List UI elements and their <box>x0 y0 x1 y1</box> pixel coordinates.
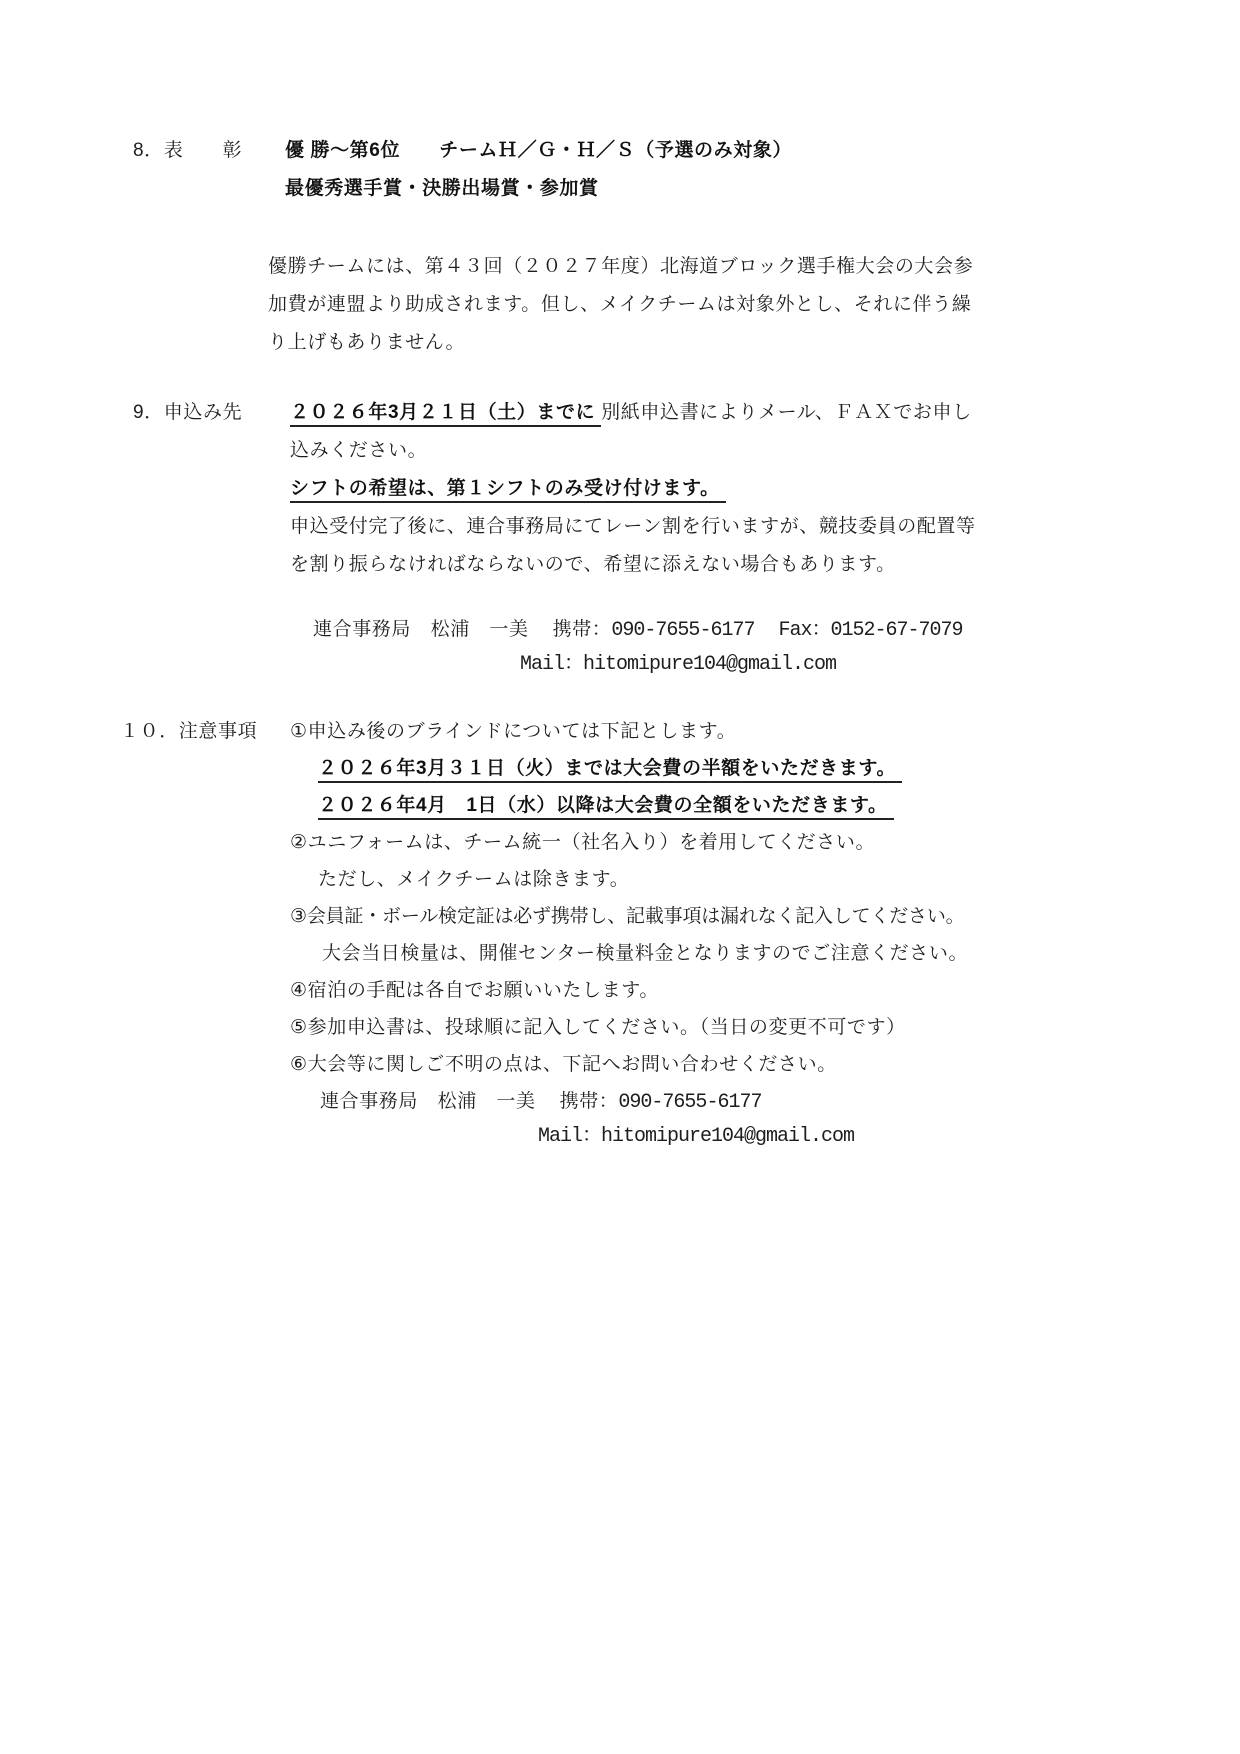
section9-contact-line: 連合事務局 松浦 一美携帯：090-7655-6177Fax：0152-67-7… <box>313 616 963 644</box>
section9-phone-label: 携帯： <box>553 619 612 640</box>
section9-mail-line: Mail：hitomipure104@gmail.com <box>520 650 836 678</box>
section10-item3-sub: 大会当日検量は、開催センター検量料金となりますのでご注意ください。 <box>322 940 968 967</box>
section10-mail-label: Mail： <box>538 1125 601 1148</box>
section10-phone-label: 携帯： <box>560 1091 619 1112</box>
section8-paragraph-line2: 加費が連盟より助成されます。但し、メイクチームは対象外とし、それに伴う繰 <box>268 291 971 318</box>
section10-item1: ①申込み後のブラインドについては下記とします。 <box>290 718 736 745</box>
section10-mail-line: Mail：hitomipure104@gmail.com <box>538 1122 854 1150</box>
section9-line2: 込みください。 <box>290 437 427 464</box>
section10-date-rule2: ２０２６年4月 1日（水）以降は大会費の全額をいただきます。 <box>318 792 894 819</box>
section10-contact-line: 連合事務局 松浦 一美携帯：090-7655-6177 <box>320 1088 761 1116</box>
section10-date-rule1-text: ２０２６年3月３１日（火）までは大会費の半額をいただきます。 <box>318 758 902 783</box>
section10-item2: ②ユニフォームは、チーム統一（社名入り）を着用してください。 <box>290 829 875 856</box>
section10-contact-office: 連合事務局 松浦 一美 <box>320 1091 536 1112</box>
section10-date-rule2-text: ２０２６年4月 1日（水）以降は大会費の全額をいただきます。 <box>318 795 894 820</box>
section10-item2-sub: ただし、メイクチームは除きます。 <box>318 866 629 893</box>
section8-paragraph-line3: り上げもありません。 <box>268 329 465 356</box>
section9-fax-number: 0152-67-7079 <box>830 619 962 642</box>
section8-label: 8．表 彰 <box>133 137 242 164</box>
section10-date-rule1: ２０２６年3月３１日（火）までは大会費の半額をいただきます。 <box>318 755 902 782</box>
section10-item5: ⑤参加申込書は、投球順に記入してください。（当日の変更不可です） <box>290 1014 906 1041</box>
section9-line5: を割り振らなければならないので、希望に添えない場合もあります。 <box>290 551 896 578</box>
section8-paragraph-line1: 優勝チームには、第４３回（２０２７年度）北海道ブロック選手権大会の大会参 <box>268 253 973 280</box>
section10-phone-number: 090-7655-6177 <box>618 1091 761 1114</box>
section10-item6: ⑥大会等に関しご不明の点は、下記へお問い合わせください。 <box>290 1051 837 1078</box>
section10-item4: ④宿泊の手配は各自でお願いいたします。 <box>290 977 659 1004</box>
section10-label: １０．注意事項 <box>120 718 257 745</box>
section9-contact-office: 連合事務局 松浦 一美 <box>313 619 529 640</box>
section9-deadline-bold: ２０２６年3月２１日（土）までに <box>290 402 601 427</box>
section9-fax-label: Fax： <box>778 619 830 642</box>
section10-mail-address: hitomipure104@gmail.com <box>601 1125 854 1148</box>
section9-phone-number: 090-7655-6177 <box>611 619 754 642</box>
section9-shift-bold: シフトの希望は、第１シフトのみ受け付けます。 <box>290 478 726 503</box>
section9-deadline-rest: 別紙申込書によりメール、ＦＡＸでお申し <box>601 402 972 423</box>
section9-mail-address: hitomipure104@gmail.com <box>583 653 836 676</box>
section9-shift-line: シフトの希望は、第１シフトのみ受け付けます。 <box>290 475 726 502</box>
section9-mail-label: Mail： <box>520 653 583 676</box>
document-page: 8．表 彰 優 勝～第6位 チームＨ／Ｇ・Ｈ／Ｓ（予選のみ対象） 最優秀選手賞・… <box>0 0 1240 1754</box>
section9-deadline-line: ２０２６年3月２１日（土）までに別紙申込書によりメール、ＦＡＸでお申し <box>290 399 972 426</box>
section9-line4: 申込受付完了後に、連合事務局にてレーン割を行いますが、競技委員の配置等 <box>290 513 976 540</box>
section10-item3: ③会員証・ボール検定証は必ず携帯し、記載事項は漏れなく記入してください。 <box>290 903 964 930</box>
section8-award-line2: 最優秀選手賞・決勝出場賞・参加賞 <box>285 175 599 202</box>
section9-label: 9．申込み先 <box>133 399 242 426</box>
section8-award-line1: 優 勝～第6位 チームＨ／Ｇ・Ｈ／Ｓ（予選のみ対象） <box>285 137 792 164</box>
